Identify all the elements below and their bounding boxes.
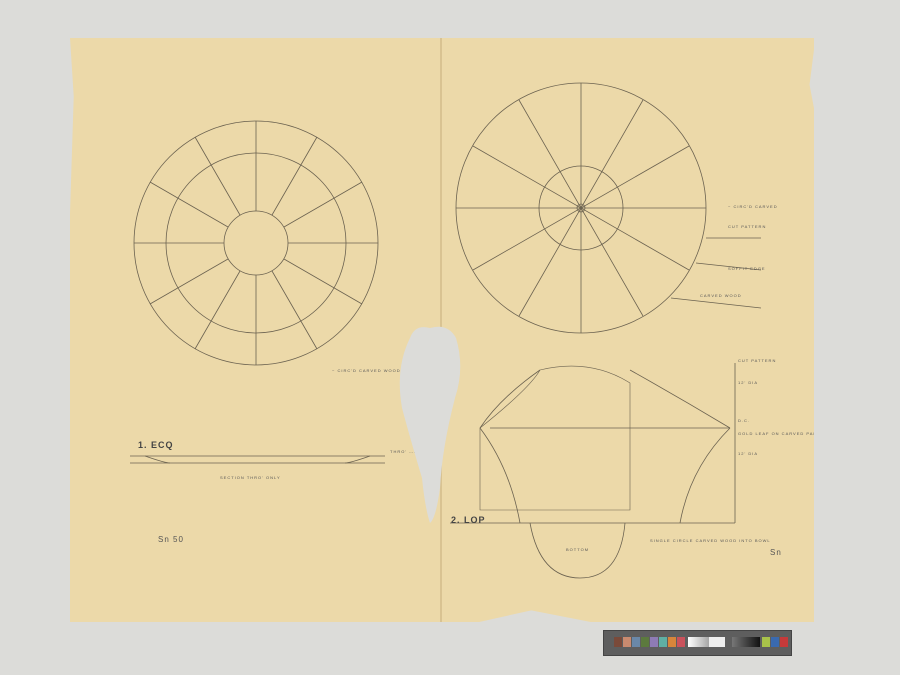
torn-hole (70, 38, 814, 622)
color-calibration-card (603, 630, 792, 656)
drawing-sheet: ~ CIRC'D CARVED WOOD 1. ECQ SECTION THRO… (70, 38, 814, 622)
